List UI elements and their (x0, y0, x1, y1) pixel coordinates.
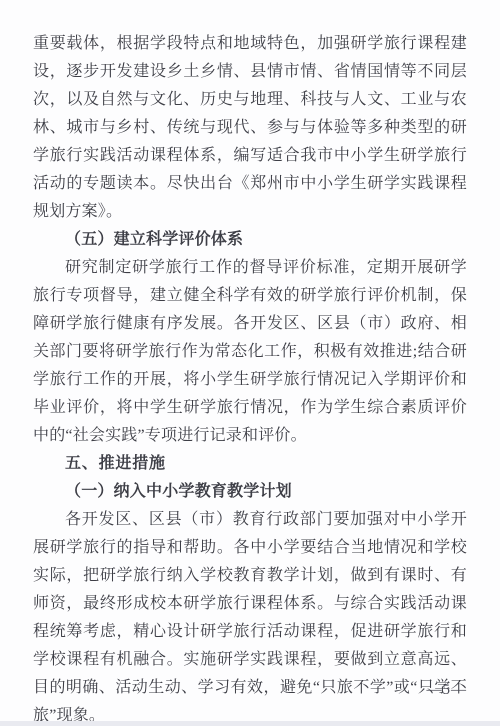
heading-section-5-evaluation-system: （五）建立科学评价体系 (33, 226, 467, 254)
document-page: 重要载体，根据学段特点和地域特色，加强研学旅行课程建设，逐步开发建设乡土乡情、县… (0, 0, 500, 726)
paragraph-teaching-plan-body: 各开发区、区县（市）教育行政部门要加强对中小学开展研学旅行的指导和帮助。各中小学… (33, 506, 467, 726)
paragraph-course-system-continuation: 重要载体，根据学段特点和地域特色，加强研学旅行课程建设，逐步开发建设乡土乡情、县… (33, 30, 467, 226)
scan-bottom-edge (0, 721, 500, 726)
page-number: —5— (427, 680, 468, 700)
heading-subsection-1-teaching-plan: （一）纳入中小学教育教学计划 (33, 478, 467, 506)
paragraph-evaluation-system-body: 研究制定研学旅行工作的督导评价标准，定期开展研学旅行专项督导，建立健全科学有效的… (33, 254, 467, 450)
heading-chapter-5-promotion-measures: 五、推进措施 (33, 450, 467, 478)
